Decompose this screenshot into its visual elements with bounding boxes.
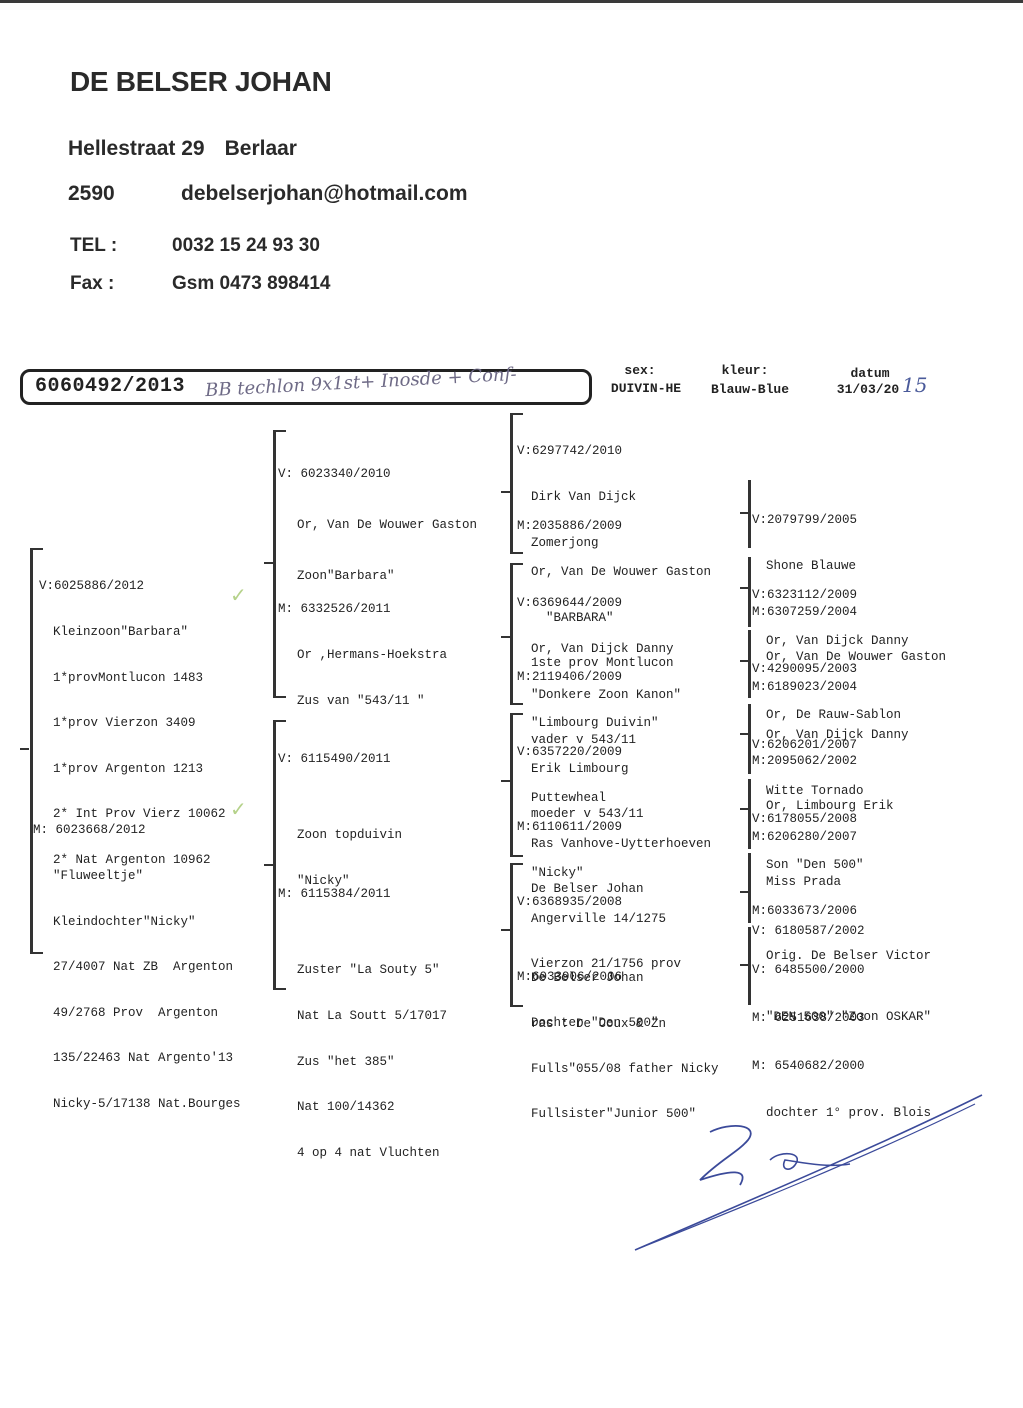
ring: M: 6115384/2011 [278,887,447,902]
bracket-tick [20,748,29,750]
father-ring: V:6025886/2012 [39,579,226,594]
gen2-dam-dam: M: 6115384/2011 Zuster "La Souty 5" Nat … [278,857,447,1176]
sire-ring: V:2079799/2005 [752,513,946,528]
bracket-tick [264,562,273,564]
detail: Nat La Soutt 5/17017 [278,1009,447,1024]
mother-line: Nicky-5/17138 Nat.Bourges [33,1097,241,1112]
sire-ring: V:6206201/2007 [752,738,864,753]
city: Berlaar [225,137,297,160]
mother-line: 27/4007 Nat ZB Argenton [33,960,241,975]
ring: M:2035886/2009 [517,519,711,534]
sex-value: DUIVIN-HE [600,381,692,396]
mother-line: 135/22463 Nat Argento'13 [33,1051,241,1066]
detail: Or, Van De Wouwer Gaston [278,517,477,534]
date-value: 31/03/20 [828,382,908,397]
detail: Nat 100/14362 [278,1100,447,1115]
ring: M:6110611/2009 [517,820,681,835]
ring: V: 6115490/2011 [278,752,402,767]
date-label: datum [830,366,910,381]
detail: Fulls"055/08 father Nicky [517,1062,719,1077]
ring-number: 6060492/2013 [35,375,185,398]
zip-code: 2590 [68,182,115,206]
owner-name: DE BELSER JOHAN [70,66,332,98]
sire-ring: V:6178055/2008 [752,812,931,827]
bracket-tick [740,964,749,966]
father-line: 1*prov Argenton 1213 [39,762,226,777]
mother-line: "Fluweeltje" [33,869,241,884]
fax-value: Gsm 0473 898414 [172,273,330,295]
ring: V:6369644/2009 [517,596,681,611]
detail: Zuster "La Souty 5" [278,963,447,978]
gen2-sire-dam: M: 6332526/2011 Or ,Hermans-Hoekstra Zus… [278,572,447,724]
mother-ring: M: 6023668/2012 [33,823,241,838]
bracket-tick [740,660,749,662]
check-mark: ✓ [230,583,247,607]
bracket-tick [740,733,749,735]
sire-detail: "DEN 500" "Zoon OSKAR" [752,1010,931,1026]
ring: M:6033906/2006 [517,970,719,985]
ring: V:6357220/2009 [517,745,711,760]
father-line: 1*provMontlucon 1483 [39,671,226,686]
fax-label: Fax : [70,273,114,295]
check-mark: ✓ [230,797,247,821]
date-handwritten: 15 [902,373,927,397]
color-value: Blauw-Blue [700,382,800,397]
bracket-tick [740,891,749,893]
mother-line: 49/2768 Prov Argenton [33,1006,241,1021]
ring: V: 6023340/2010 [278,466,477,483]
scan-edge [0,0,1023,3]
sire-ring: V:6323112/2009 [752,588,909,603]
father-line: 1*prov Vierzon 3409 [39,716,226,731]
owner-address: Hellestraat 29Berlaar [68,137,297,161]
detail: Dochter "Den 500" [517,1016,719,1031]
bracket-tick [501,780,510,782]
mother-entry: M: 6023668/2012 "Fluweeltje" Kleindochte… [33,793,241,1127]
mother-line: Kleindochter"Nicky" [33,915,241,930]
tel-value: 0032 15 24 93 30 [172,235,320,257]
dam-ring: M: 6540682/2000 [752,1059,931,1075]
father-line: Kleinzoon"Barbara" [39,625,226,640]
detail: Zoon topduivin [278,828,402,843]
detail: Zus van "543/11 " [278,694,447,709]
ring: M:2119406/2009 [517,670,659,685]
detail: 4 op 4 nat Vluchten [278,1146,447,1161]
bracket-tick [501,491,510,493]
bracket-tick [264,864,273,866]
ring: V:6368935/2008 [517,895,666,910]
bracket-tick [740,512,749,514]
detail: Or ,Hermans-Hoekstra [278,648,447,663]
bracket-tick [501,929,510,931]
ring: V:6297742/2010 [517,444,636,459]
color-label: kleur: [700,363,790,378]
sire-ring: V: 6485500/2000 [752,963,931,979]
tel-label: TEL : [70,235,117,257]
signature-scribble [630,1090,990,1260]
detail: Zus "het 385" [278,1055,447,1070]
bracket-tick [740,587,749,589]
sire-ring: V:4290095/2003 [752,662,901,677]
owner-email: debelserjohan@hotmail.com [181,182,468,206]
street: Hellestraat 29 [68,137,205,160]
ring: M: 6332526/2011 [278,602,447,617]
bracket-tick [501,636,510,638]
bracket-tick [740,808,749,810]
sex-label: sex: [600,363,680,378]
